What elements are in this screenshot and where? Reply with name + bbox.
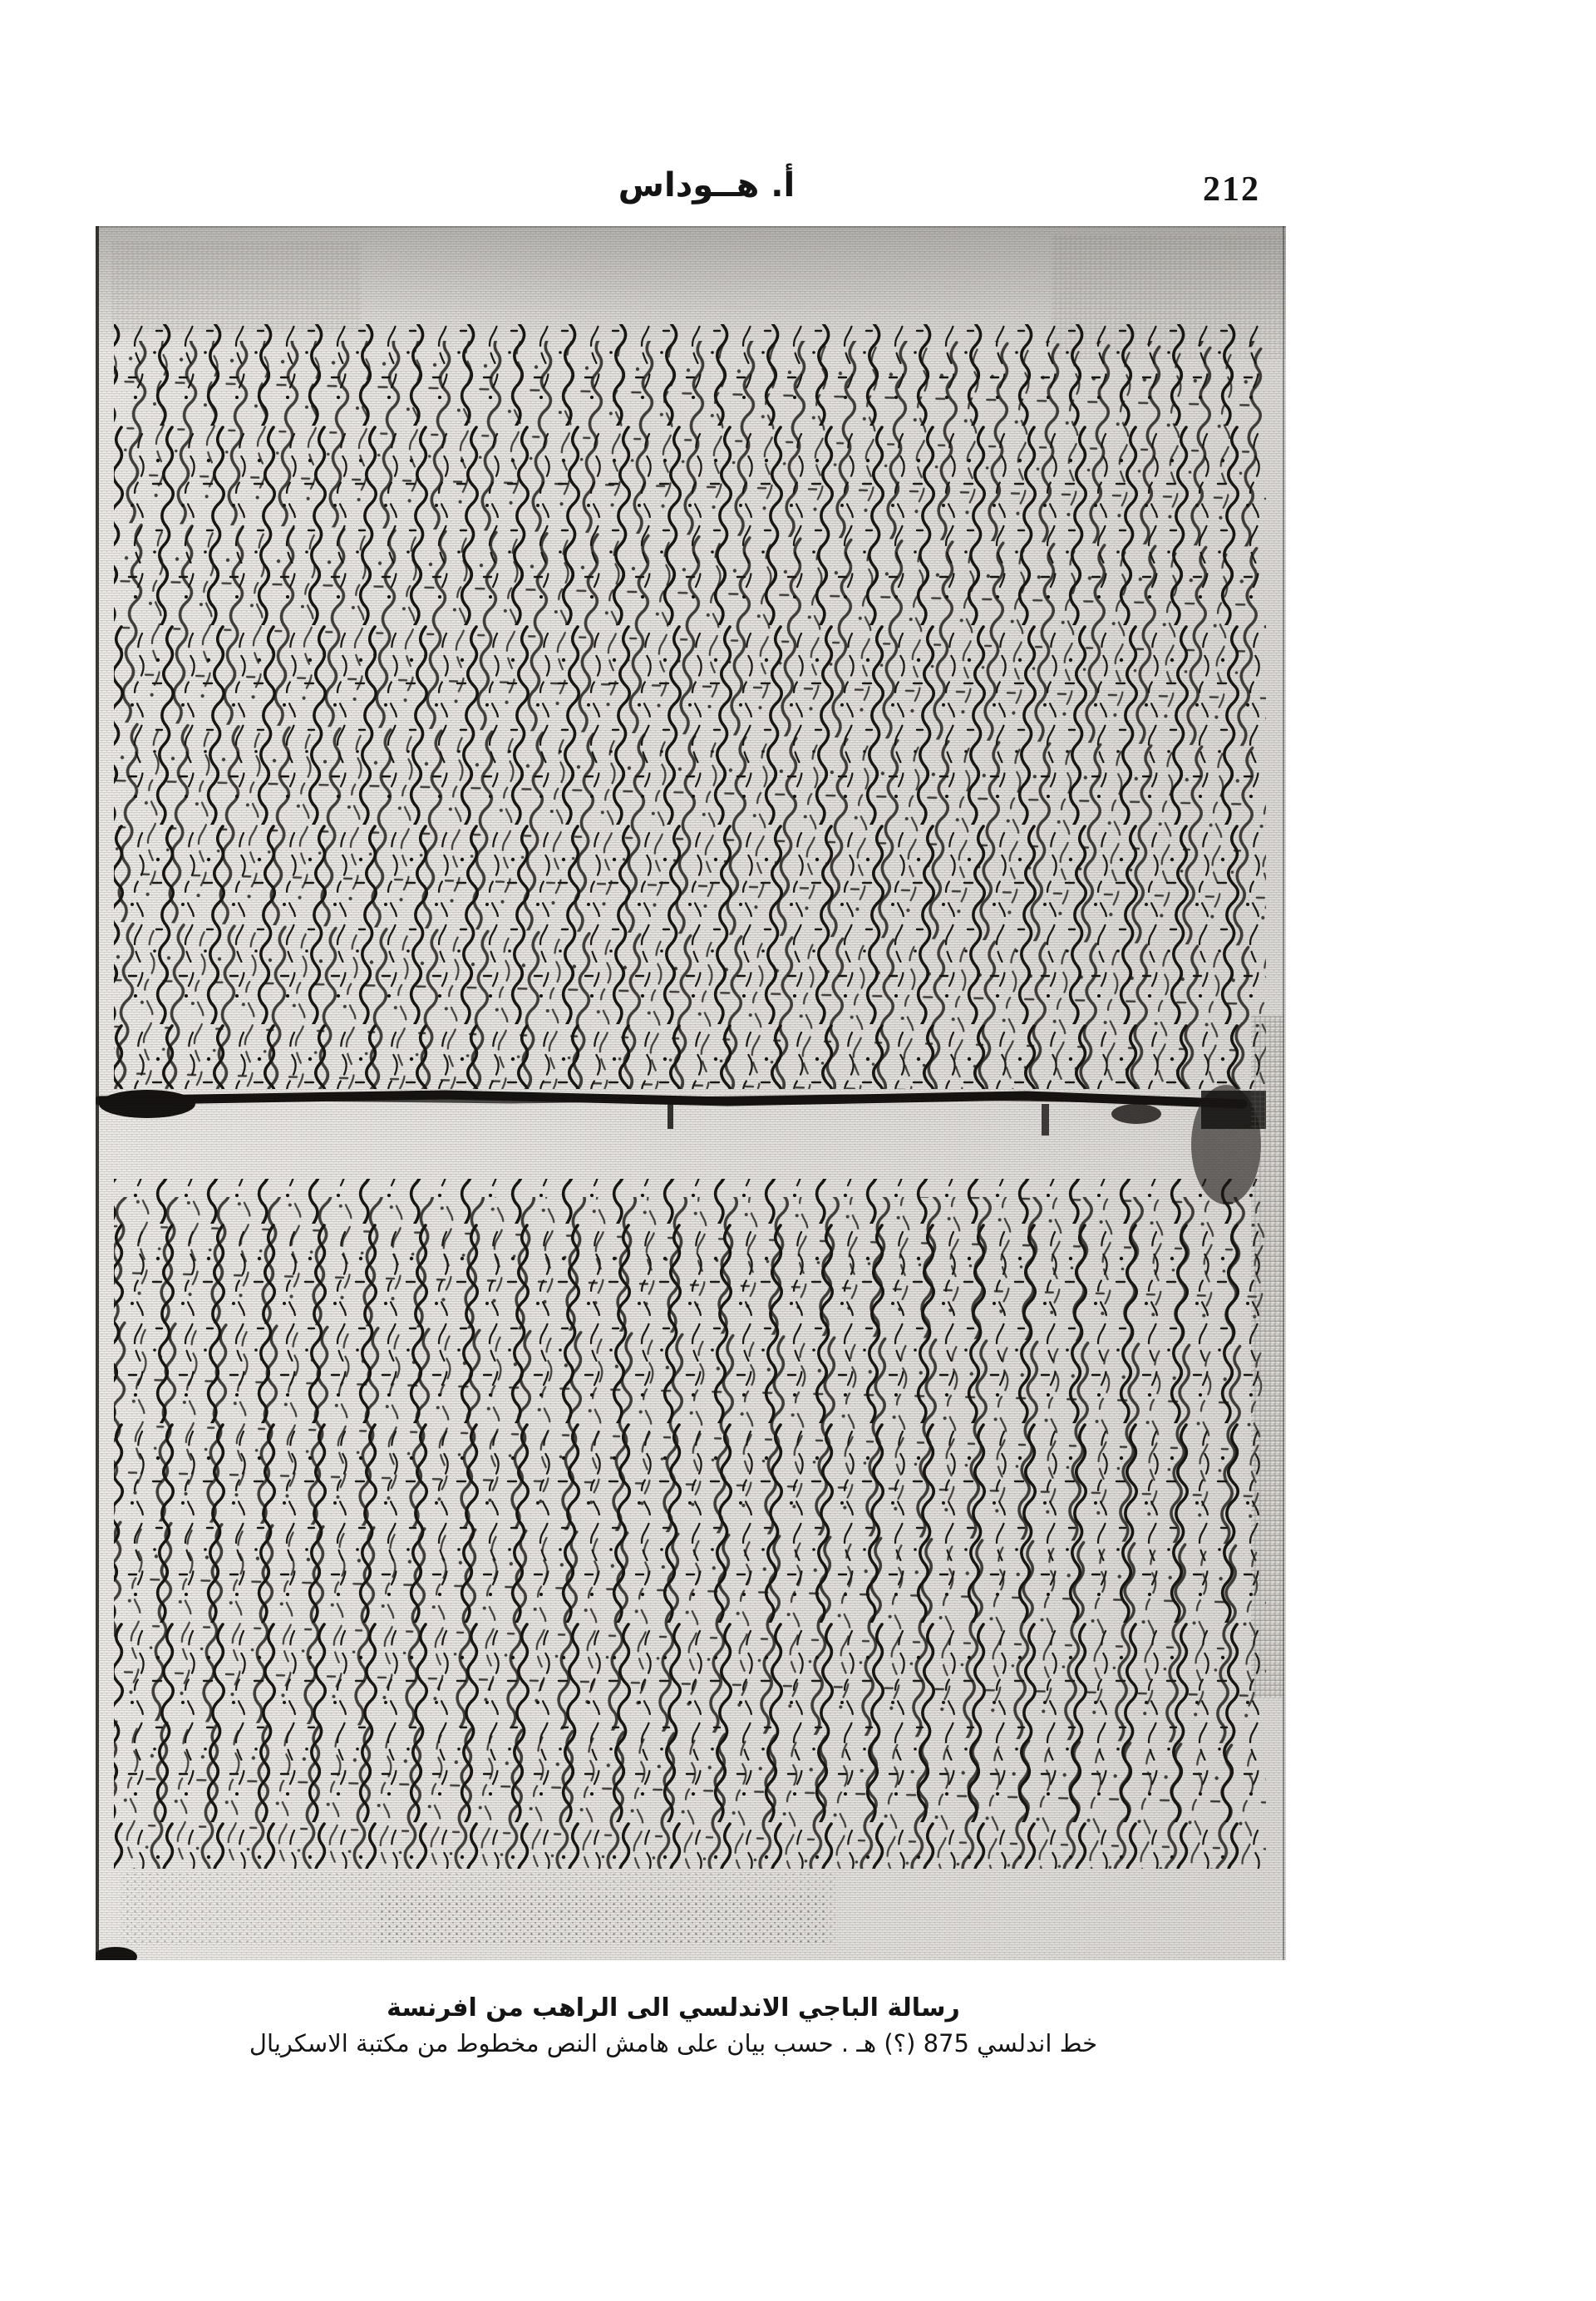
caption-subtitle: خط اندلسي 875 (؟) هـ . حسب بيان على هامش… xyxy=(125,2025,1222,2062)
plate-caption: رسالة الباجي الاندلسي الى الراهب من افرن… xyxy=(125,1992,1222,2062)
caption-title: رسالة الباجي الاندلسي الى الراهب من افرن… xyxy=(125,1992,1222,2025)
manuscript-photo xyxy=(96,226,1286,1960)
page-number: 212 xyxy=(1203,170,1260,209)
running-head-author: أ. هــوداس xyxy=(614,166,799,204)
manuscript-photo-art xyxy=(96,226,1286,1960)
